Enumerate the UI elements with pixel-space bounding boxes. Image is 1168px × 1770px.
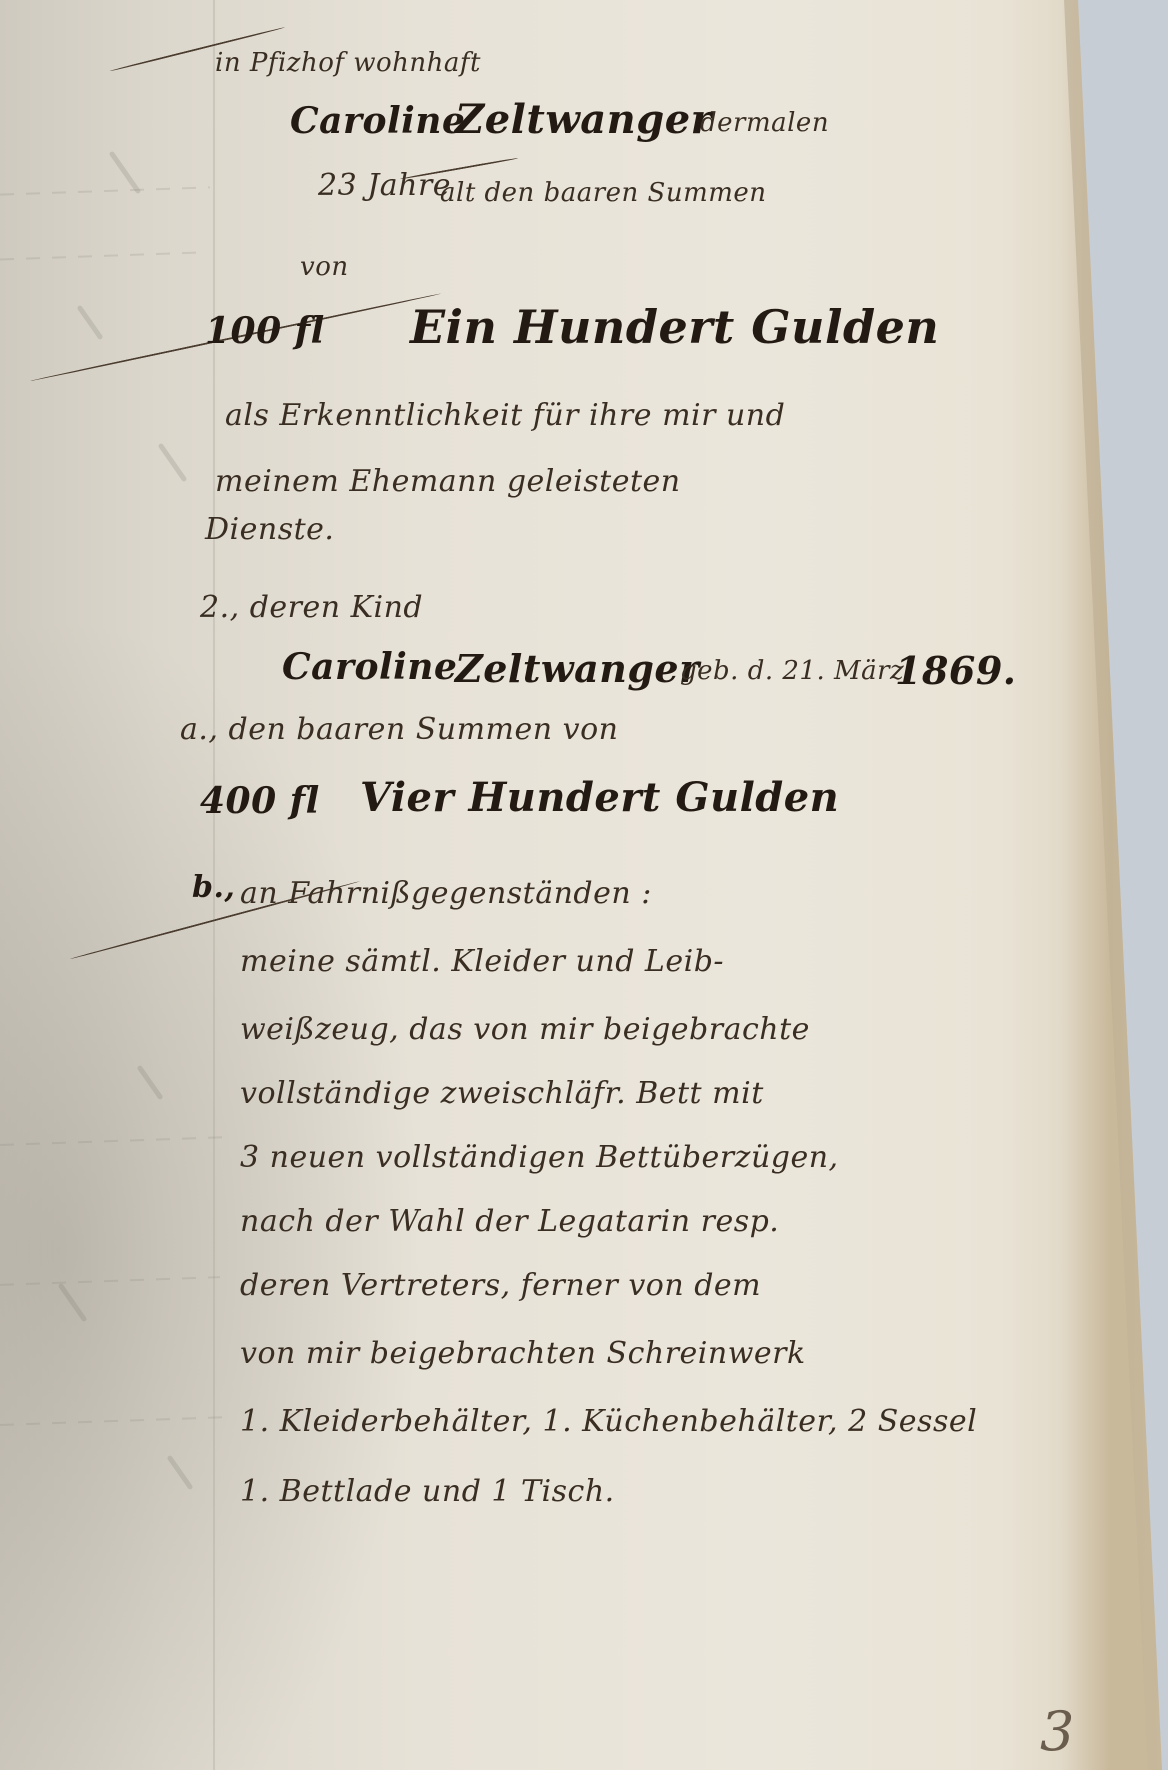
legatee-first-name: Caroline bbox=[290, 100, 465, 142]
text-line: in Pfizhof wohnhaft bbox=[215, 48, 481, 78]
text-line: vollständige zweischläfr. Bett mit bbox=[240, 1076, 764, 1111]
legatee-surname: Zeltwanger bbox=[455, 96, 712, 143]
text-line: alt den baaren Summen bbox=[440, 178, 767, 208]
birth-date: geb. d. 21. März bbox=[680, 656, 904, 686]
text-line: nach der Wahl der Legatarin resp. bbox=[240, 1204, 779, 1239]
child-surname: Zeltwanger bbox=[455, 646, 700, 691]
text-line: meine sämtl. Kleider und Leib- bbox=[240, 944, 724, 979]
item-label-b: b., bbox=[192, 870, 235, 905]
amount-figure: 100 fl bbox=[205, 310, 325, 352]
amount-words: Ein Hundert Gulden bbox=[410, 300, 939, 354]
text-line: von mir beigebrachten Schreinwerk bbox=[240, 1336, 806, 1371]
text-line: 2., deren Kind bbox=[200, 590, 423, 625]
text-line: 1. Bettlade und 1 Tisch. bbox=[240, 1474, 615, 1509]
text-line: dermalen bbox=[700, 108, 829, 138]
text-line: von bbox=[300, 252, 349, 282]
amount-words: Vier Hundert Gulden bbox=[360, 774, 839, 821]
text-line: meinem Ehemann geleisteten bbox=[215, 464, 681, 499]
amount-figure: 400 fl bbox=[200, 780, 320, 822]
text-line: a., den baaren Summen von bbox=[180, 712, 618, 747]
text-line: weißzeug, das von mir beigebrachte bbox=[240, 1012, 810, 1047]
birth-year: 1869. bbox=[895, 648, 1017, 693]
text-line: an Fahrnißgegenständen : bbox=[240, 876, 652, 911]
text-line: als Erkenntlichkeit für ihre mir und bbox=[225, 398, 785, 433]
text-line: Dienste. bbox=[205, 512, 334, 547]
age-text: 23 Jahre bbox=[318, 168, 451, 203]
child-first-name: Caroline bbox=[282, 646, 457, 688]
text-line: 1. Kleiderbehälter, 1. Küchenbehälter, 2… bbox=[240, 1404, 977, 1439]
text-line: 3 neuen vollständigen Bettüberzügen, bbox=[240, 1140, 839, 1175]
page-number: 3 bbox=[1040, 1700, 1074, 1763]
text-line: deren Vertreters, ferner von dem bbox=[240, 1268, 761, 1303]
